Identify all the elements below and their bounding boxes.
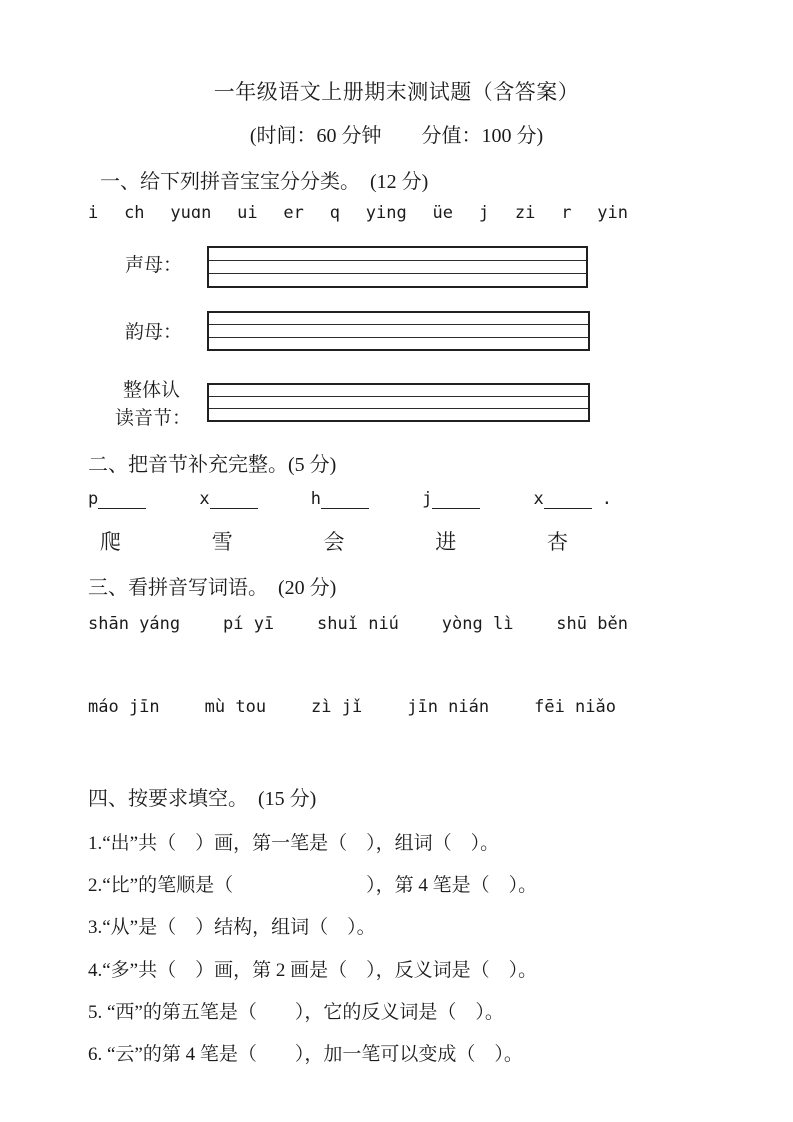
pinyin-word-row-2: máo jīn mù tou zì jǐ jīn nián fēi niǎo [88, 697, 616, 717]
pinyin-item: ch [124, 203, 144, 223]
pinyin-word: jīn nián [407, 697, 489, 717]
whole-syllables-label-line2: 读音节： [115, 408, 191, 429]
pinyin-item: er [283, 203, 303, 223]
exam-paper: 一年级语文上册期末测试题（含答案） (时间：60 分钟 分值：100 分) 一、… [0, 0, 793, 1122]
target-character: 爬 [100, 526, 121, 556]
whole-syllables-label-line1: 整体认 [115, 377, 191, 405]
section-1-heading-text: 一、给下列拼音宝宝分分类。 [100, 171, 360, 193]
pinyin-item: ying [366, 203, 407, 223]
section-4-heading: 四、按要求填空。(15 分) [88, 782, 316, 811]
fill-blank-item-1: 1.“出”共（ ）画，第一笔是（ ），组词（ ）。 [88, 828, 499, 855]
syllable-blank-group: x. [534, 489, 613, 509]
grid-band [209, 409, 588, 420]
pinyin-word: zì jǐ [311, 697, 362, 717]
target-character-row: 爬 雪 会 进 杏 [100, 526, 568, 556]
answer-blank [544, 489, 592, 509]
section-1-heading: 一、给下列拼音宝宝分分类。(12 分) [100, 165, 428, 194]
syllable-blank-group: h [311, 489, 369, 509]
syllable-completion-row: p x h j x. [88, 489, 612, 509]
pinyin-word: máo jīn [88, 697, 160, 717]
pinyin-item: zi [515, 203, 535, 223]
pinyin-word-row-1: shān yáng pí yī shuǐ niú yòng lì shū běn [88, 614, 628, 634]
syllable-blank-group: x [199, 489, 257, 509]
pinyin-item: q [330, 203, 340, 223]
section-1-points: (12 分) [370, 171, 428, 193]
grid-band [209, 396, 588, 409]
grid-band [209, 260, 586, 274]
section-2-points: (5 分) [288, 454, 336, 476]
initials-label: 声母： [125, 250, 182, 277]
pinyin-list: i ch yuɑn ui er q ying üe j zi r yin [88, 203, 628, 223]
syllable-onset: x [199, 489, 209, 509]
section-3-heading: 三、看拼音写词语。(20 分) [88, 571, 336, 600]
fill-blank-item-3: 3.“从”是（ ）结构，组词（ ）。 [88, 912, 376, 939]
trailing-period: . [602, 489, 612, 509]
section-3-points: (20 分) [278, 577, 336, 599]
finals-writing-grid [207, 311, 590, 351]
whole-syllables-label: 整体认 读音节： [115, 377, 191, 433]
pinyin-item: üe [433, 203, 453, 223]
fill-blank-item-6: 6. “云”的第 4 笔是（ ），加一笔可以变成（ ）。 [88, 1039, 523, 1066]
grid-band [209, 385, 588, 396]
section-3-heading-text: 三、看拼音写词语。 [88, 577, 268, 599]
section-2-heading: 二、把音节补充完整。(5 分) [88, 448, 336, 477]
grid-band [209, 274, 586, 286]
exam-time-score-line: (时间：60 分钟 分值：100 分) [0, 119, 793, 148]
pinyin-word: shān yáng [88, 614, 180, 634]
target-character: 进 [435, 526, 456, 556]
syllable-onset: j [422, 489, 432, 509]
syllable-onset: p [88, 489, 98, 509]
answer-blank [98, 489, 146, 509]
syllable-blank-group: p [88, 489, 146, 509]
pinyin-word: shuǐ niú [317, 614, 399, 634]
fill-blank-item-4: 4.“多”共（ ）画，第 2 画是（ ），反义词是（ ）。 [88, 955, 537, 982]
page-title: 一年级语文上册期末测试题（含答案） [0, 76, 793, 106]
answer-blank [432, 489, 480, 509]
pinyin-item: yuɑn [170, 203, 211, 223]
pinyin-word: fēi niǎo [534, 697, 616, 717]
pinyin-item: ui [237, 203, 257, 223]
pinyin-word: mù tou [205, 697, 266, 717]
grid-band [209, 313, 588, 324]
section-4-heading-text: 四、按要求填空。 [88, 788, 248, 810]
fill-blank-item-5: 5. “西”的第五笔是（ ），它的反义词是（ ）。 [88, 997, 504, 1024]
whole-syllables-writing-grid [207, 383, 590, 422]
grid-band [209, 324, 588, 337]
finals-label: 韵母： [125, 317, 182, 344]
pinyin-word: pí yī [223, 614, 274, 634]
fill-blank-item-2: 2.“比”的笔顺是（ ），第 4 笔是（ ）。 [88, 870, 537, 897]
pinyin-item: r [561, 203, 571, 223]
pinyin-item: yin [597, 203, 628, 223]
syllable-blank-group: j [422, 489, 480, 509]
section-4-points: (15 分) [258, 788, 316, 810]
syllable-onset: h [311, 489, 321, 509]
target-character: 杏 [547, 526, 568, 556]
answer-blank [321, 489, 369, 509]
target-character: 会 [324, 526, 345, 556]
initials-writing-grid [207, 246, 588, 288]
pinyin-word: yòng lì [442, 614, 514, 634]
syllable-onset: x [534, 489, 544, 509]
grid-band [209, 338, 588, 349]
pinyin-item: j [479, 203, 489, 223]
section-2-heading-text: 二、把音节补充完整。 [88, 454, 288, 476]
target-character: 雪 [212, 526, 233, 556]
grid-band [209, 248, 586, 260]
pinyin-item: i [88, 203, 98, 223]
answer-blank [210, 489, 258, 509]
pinyin-word: shū běn [556, 614, 628, 634]
